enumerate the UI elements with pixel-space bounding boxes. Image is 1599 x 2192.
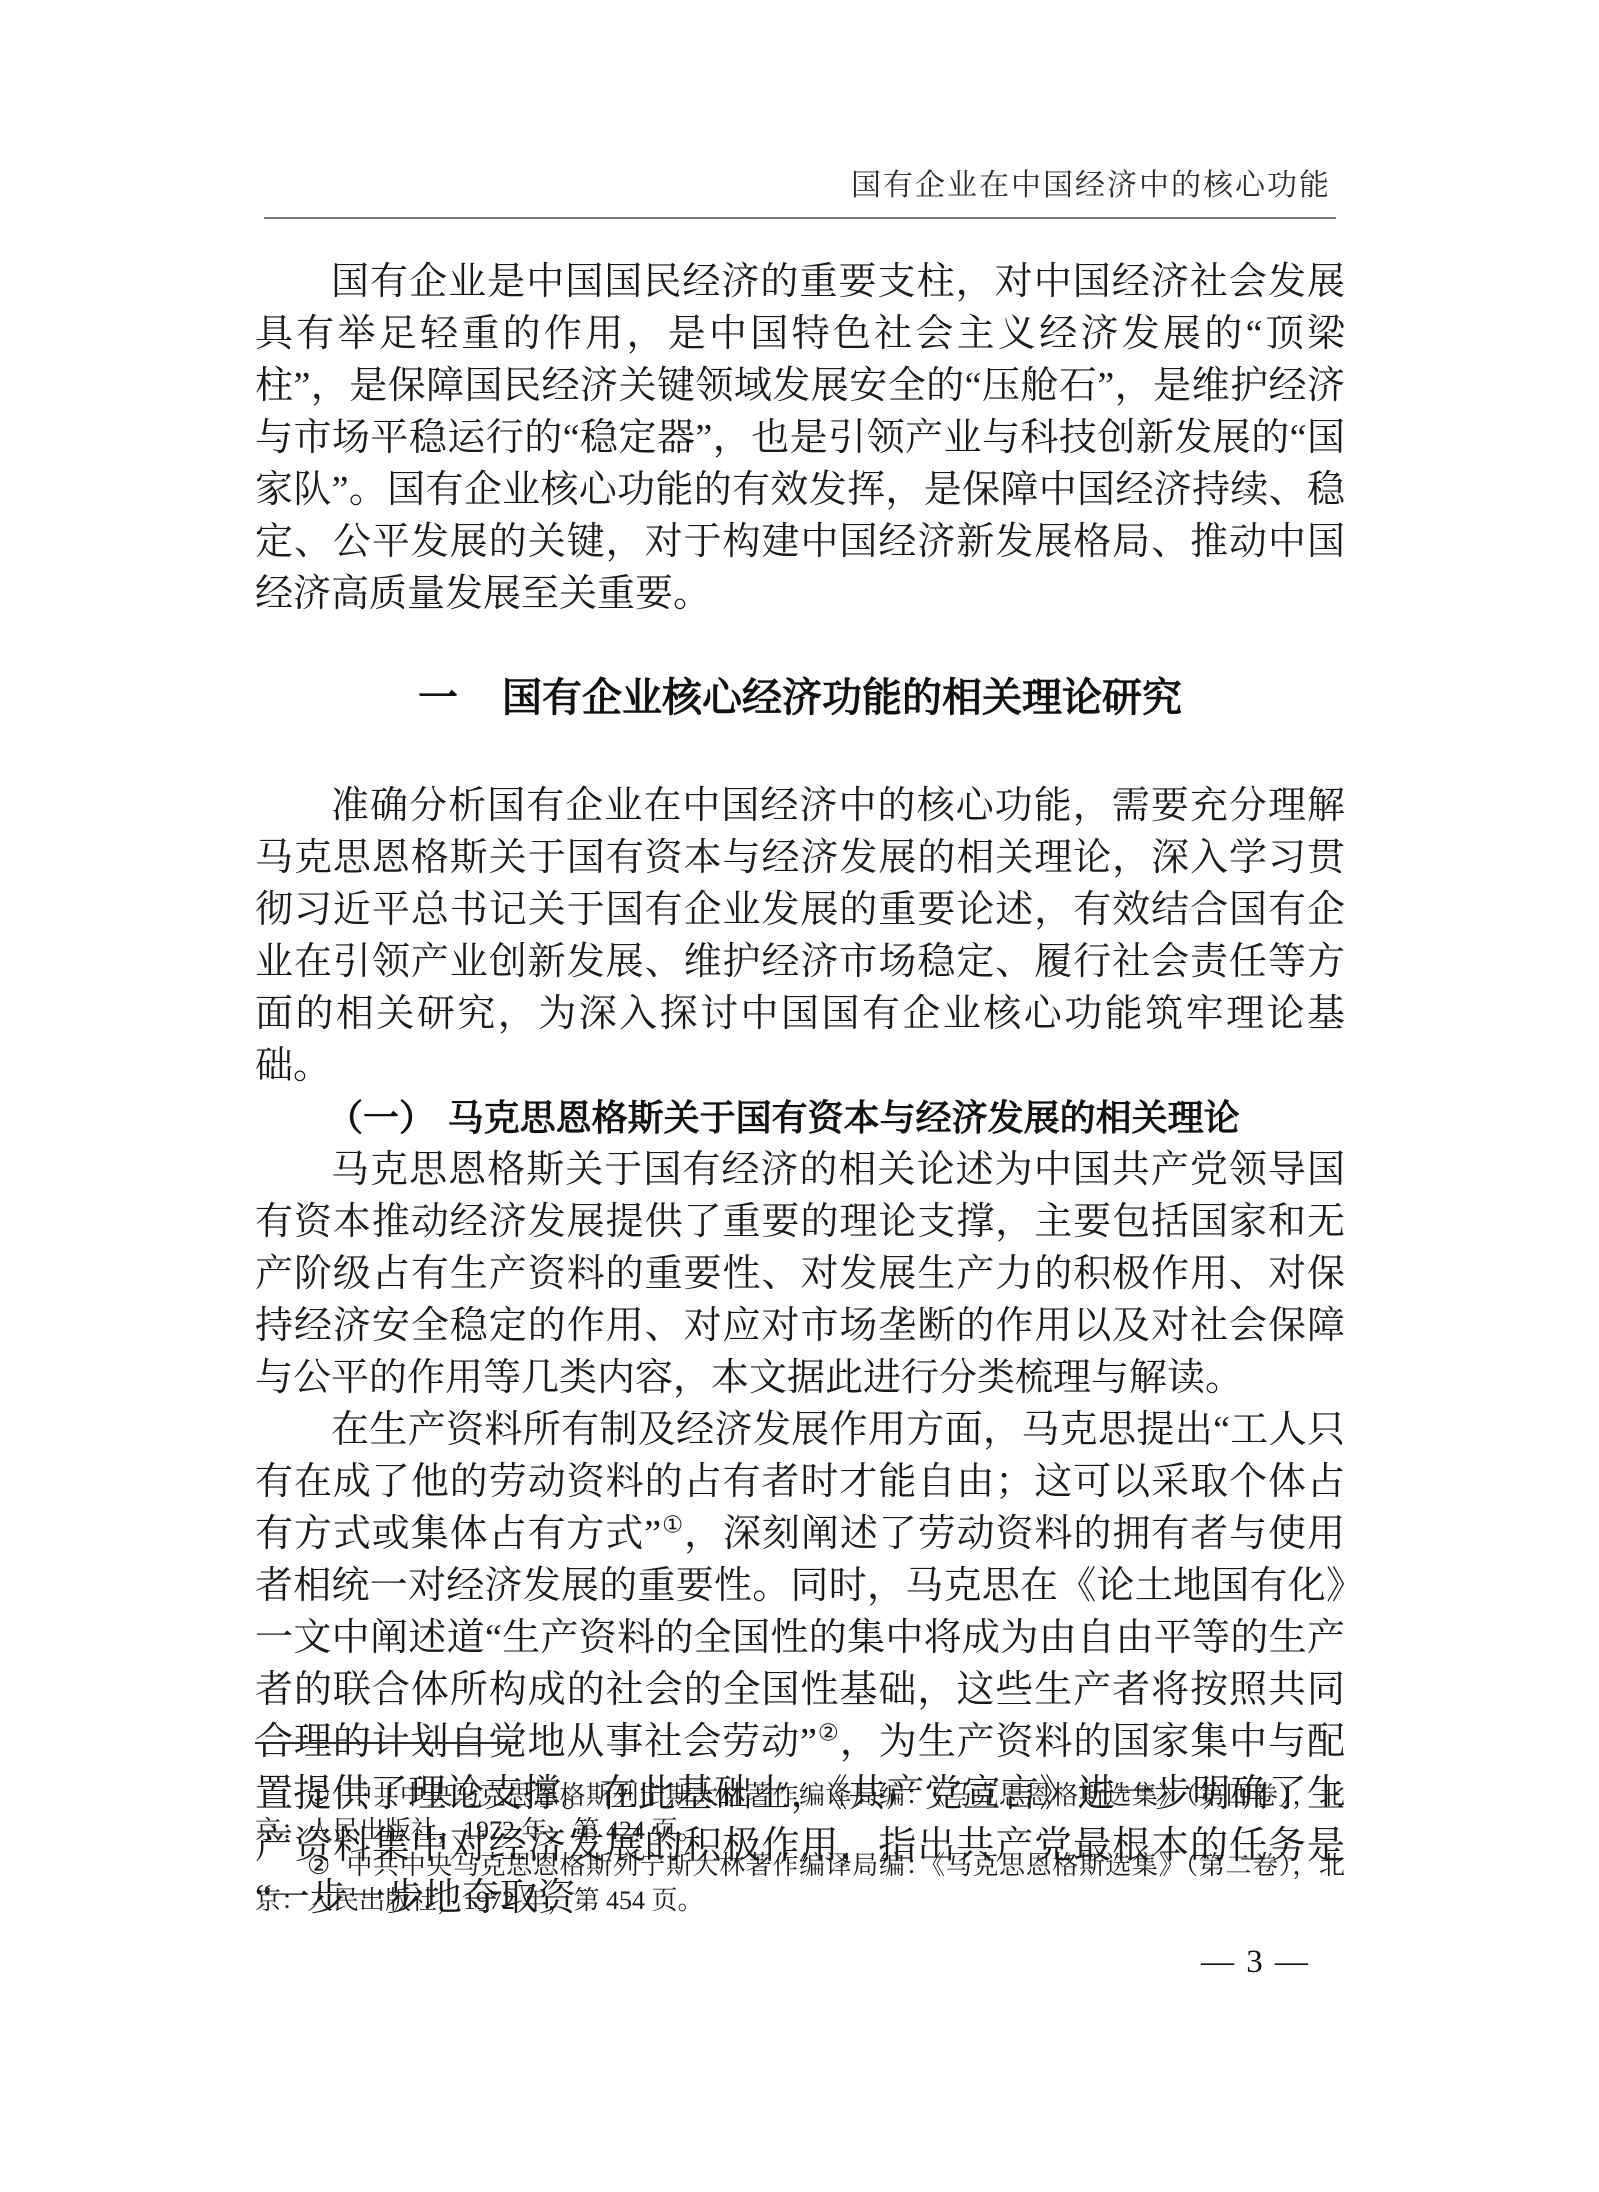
- overview-paragraph: 准确分析国有企业在中国经济中的核心功能，需要充分理解马克思恩格斯关于国有资本与经…: [255, 780, 1345, 1092]
- running-head: 国有企业在中国经济中的核心功能: [255, 160, 1345, 204]
- subsection-marker: （一）: [327, 1098, 435, 1138]
- body-text: 国有企业是中国国民经济的重要支柱，对中国经济社会发展具有举足轻重的作用，是中国特…: [255, 256, 1345, 1924]
- footnote-1: ①中共中央马克思恩格斯列宁斯大林著作编译局编：《马克思恩格斯选集》（第四卷），北…: [255, 1778, 1345, 1848]
- intro-paragraph: 国有企业是中国国民经济的重要支柱，对中国经济社会发展具有举足轻重的作用，是中国特…: [255, 256, 1345, 620]
- section-number: 一: [418, 676, 458, 720]
- footnote-block: ①中共中央马克思恩格斯列宁斯大林著作编译局编：《马克思恩格斯选集》（第四卷），北…: [255, 1742, 1345, 1918]
- subsection-title: 马克思恩格斯关于国有资本与经济发展的相关理论: [448, 1098, 1240, 1138]
- section-title: 国有企业核心经济功能的相关理论研究: [502, 676, 1182, 720]
- footnote-2: ②中共中央马克思恩格斯列宁斯大林著作编译局编：《马克思恩格斯选集》（第二卷），北…: [255, 1848, 1345, 1918]
- marx-overview-paragraph: 马克思恩格斯关于国有经济的相关论述为中国共产党领导国有资本推动经济发展提供了重要…: [255, 1144, 1345, 1404]
- footnote-separator: [255, 1742, 521, 1744]
- footnote-1-text: 中共中央马克思恩格斯列宁斯大林著作编译局编：《马克思恩格斯选集》（第四卷），北京…: [255, 1781, 1345, 1845]
- subsection-heading: （一）马克思恩格斯关于国有资本与经济发展的相关理论: [255, 1092, 1345, 1144]
- footnote-1-marker: ①: [307, 1781, 331, 1810]
- document-page: 国有企业在中国经济中的核心功能 国有企业是中国国民经济的重要支柱，对中国经济社会…: [0, 0, 1599, 2192]
- section-heading: 一国有企业核心经济功能的相关理论研究: [255, 674, 1345, 722]
- footnote-2-text: 中共中央马克思恩格斯列宁斯大林著作编译局编：《马克思恩格斯选集》（第二卷），北京…: [255, 1851, 1345, 1915]
- footnote-2-marker: ②: [307, 1851, 331, 1880]
- header-rule: [264, 217, 1336, 219]
- page-number: — 3 —: [1201, 1944, 1310, 1981]
- footnote-ref: ①: [661, 1512, 684, 1538]
